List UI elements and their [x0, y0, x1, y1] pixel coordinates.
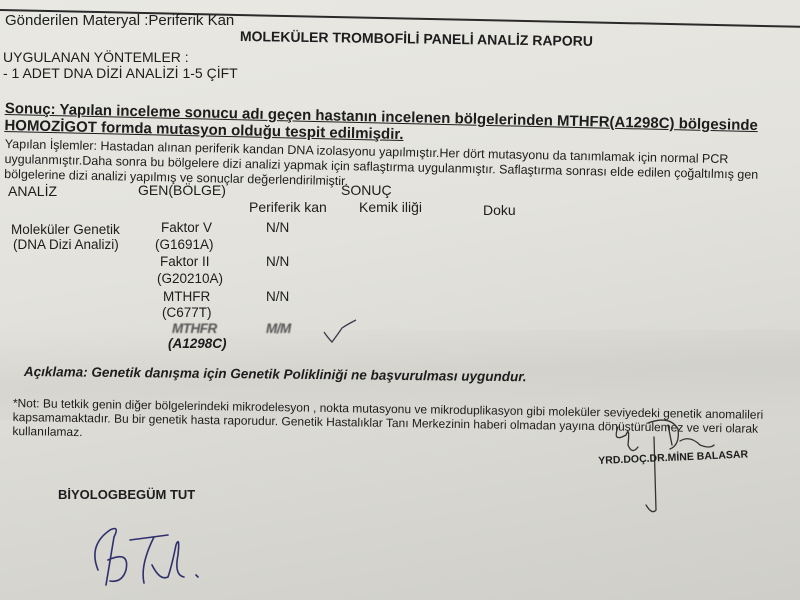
table-row-peripheral: N/N: [266, 254, 289, 269]
analysis-type-line: (DNA Dizi Analizi): [11, 237, 120, 252]
header-tissue: Doku: [483, 202, 516, 218]
methods-item: - 1 ADET DNA DİZİ ANALİZİ 1-5 ÇİFT: [3, 65, 238, 81]
analysis-type: Moleküler Genetik (DNA Dizi Analizi): [11, 222, 120, 252]
header-result: SONUÇ: [341, 182, 392, 198]
checkmark-icon: [322, 318, 362, 346]
material-label: Gönderilen Materyal :Periferik Kan: [5, 12, 234, 29]
table-row-peripheral: M/M: [266, 321, 291, 336]
biologist-signature-icon: [80, 515, 220, 595]
header-analysis: ANALİZ: [8, 183, 57, 199]
report-title: MOLEKÜLER TROMBOFİLİ PANELİ ANALİZ RAPOR…: [240, 28, 593, 49]
methods-section: UYGULANAN YÖNTEMLER : - 1 ADET DNA DİZİ …: [3, 49, 238, 81]
analysis-type-line: Moleküler Genetik: [11, 222, 120, 237]
table-row-gene: MTHFR: [172, 321, 217, 336]
explanation-note: Açıklama: Genetik danışma için Genetik P…: [24, 364, 527, 384]
lab-report-page: Gönderilen Materyal :Periferik Kan MOLEK…: [0, 0, 800, 600]
table-row-gene: Faktor V: [161, 220, 212, 235]
table-row-peripheral: N/N: [266, 220, 289, 235]
header-gene: GEN(BÖLGE): [138, 182, 226, 198]
header-bone-marrow: Kemik iliği: [359, 199, 422, 215]
biologist-name: BİYOLOGBEGÜM TUT: [58, 487, 195, 502]
table-row-gene: Faktor II: [160, 254, 210, 269]
doctor-signature-icon: [610, 415, 760, 525]
methods-heading: UYGULANAN YÖNTEMLER :: [3, 49, 238, 65]
table-row-gene: MTHFR: [163, 289, 210, 304]
table-row-region: (C677T): [162, 305, 212, 320]
table-row-region: (A1298C): [168, 336, 227, 351]
header-peripheral: Periferik kan: [249, 199, 327, 215]
table-row-peripheral: N/N: [266, 289, 289, 304]
table-row-region: (G1691A): [155, 237, 214, 252]
table-row-region: (G20210A): [157, 271, 223, 286]
